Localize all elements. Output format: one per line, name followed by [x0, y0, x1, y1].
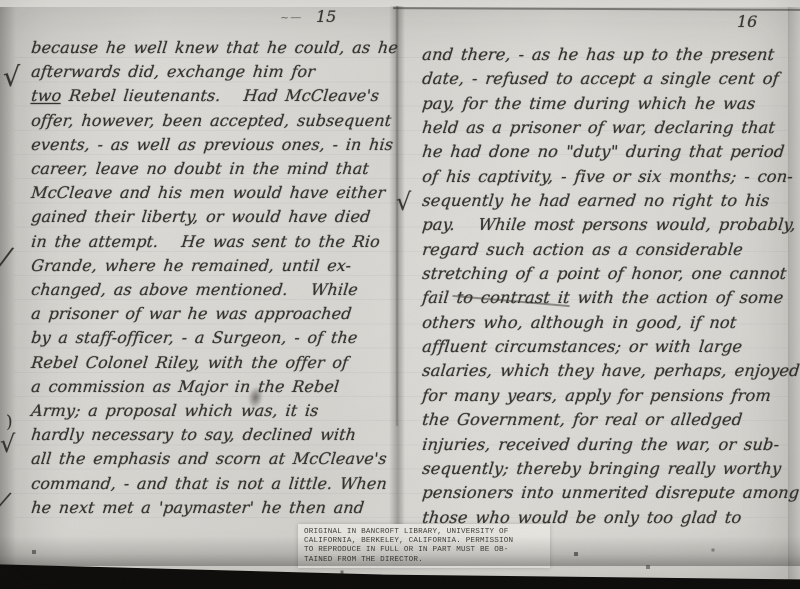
text-line: held as a prisoner of war, declaring tha…	[421, 116, 798, 140]
right-page-text: and there, - as he has up to the present…	[421, 43, 795, 530]
text-line: salaries, which they have, perhaps, enjo…	[421, 359, 798, 383]
text-line: command, - and that is not a little. Whe…	[30, 472, 399, 496]
text-line: of his captivity, - five or six months; …	[421, 165, 798, 189]
text-line: injuries, received during the war, or su…	[421, 433, 798, 457]
margin-check-mark: √	[3, 62, 20, 93]
manuscript-scan: ~— 15 16 because he well knew that he co…	[0, 0, 800, 589]
text-line: sequently he had earned no right to his	[421, 189, 798, 213]
dust-specks	[0, 0, 2, 2]
margin-check-mark: √	[396, 188, 411, 216]
text-line: regard such action as a considerable	[421, 238, 798, 262]
text-line: he had done no "duty" during that period	[421, 140, 798, 164]
text-line: afterwards did, exchange him for	[30, 60, 399, 84]
text-line: because he well knew that he could, as h…	[30, 36, 399, 60]
text-line: Grande, where he remained, until ex-	[30, 254, 399, 278]
text-line: the Government, for real or alledged	[421, 408, 798, 432]
text-line: in the attempt. He was sent to the Rio	[30, 230, 399, 254]
text-line: changed, as above mentioned. While	[30, 278, 399, 302]
right-page-number: 16	[737, 12, 757, 31]
left-page-number: 15	[316, 7, 336, 26]
text-line: pay. While most persons would, probably,	[421, 213, 798, 237]
text-line: date, - refused to accept a single cent …	[421, 67, 798, 91]
margin-check-mark: √	[0, 430, 15, 458]
text-line: sequently; thereby bringing really worth…	[421, 457, 798, 481]
text-line: Army; a proposal which was, it is	[30, 399, 399, 423]
text-line: events, - as well as previous ones, - in…	[30, 133, 399, 157]
text-line: offer, however, been accepted, subsequen…	[30, 109, 399, 133]
left-page-text: because he well knew that he could, as h…	[30, 36, 396, 520]
text-line: McCleave and his men would have either	[30, 181, 399, 205]
text-line: a prisoner of war he was approached	[30, 302, 399, 326]
bottom-edge-shadow	[0, 536, 800, 566]
text-line: a commission as Major in the Rebel	[30, 375, 399, 399]
text-line: affluent circumstances; or with large	[421, 335, 798, 359]
text-line: pay, for the time during which he was	[421, 92, 798, 116]
text-line: all the emphasis and scorn at McCleave's	[30, 447, 399, 471]
page-number-mark: ~—	[280, 11, 302, 24]
text-line: pensioners into unmerited disrepute amon…	[421, 481, 798, 505]
text-line: and there, - as he has up to the present	[421, 43, 798, 67]
text-line: by a staff-officer, - a Surgeon, - of th…	[30, 326, 399, 350]
text-line: gained their liberty, or would have died	[30, 205, 399, 229]
text-line: stretching of a point of honor, one cann…	[421, 262, 798, 286]
text-line: others who, although in good, if not	[421, 311, 798, 335]
text-line: career, leave no doubt in the mind that	[30, 157, 399, 181]
text-line: hardly necessary to say, declined with	[30, 423, 399, 447]
text-line: Rebel Colonel Riley, with the offer of	[30, 351, 399, 375]
text-line: two Rebel lieutenants. Had McCleave's	[30, 84, 399, 108]
text-line: he next met a 'paymaster' he then and	[30, 496, 399, 520]
text-line: for many years, apply for pensions from	[421, 384, 798, 408]
